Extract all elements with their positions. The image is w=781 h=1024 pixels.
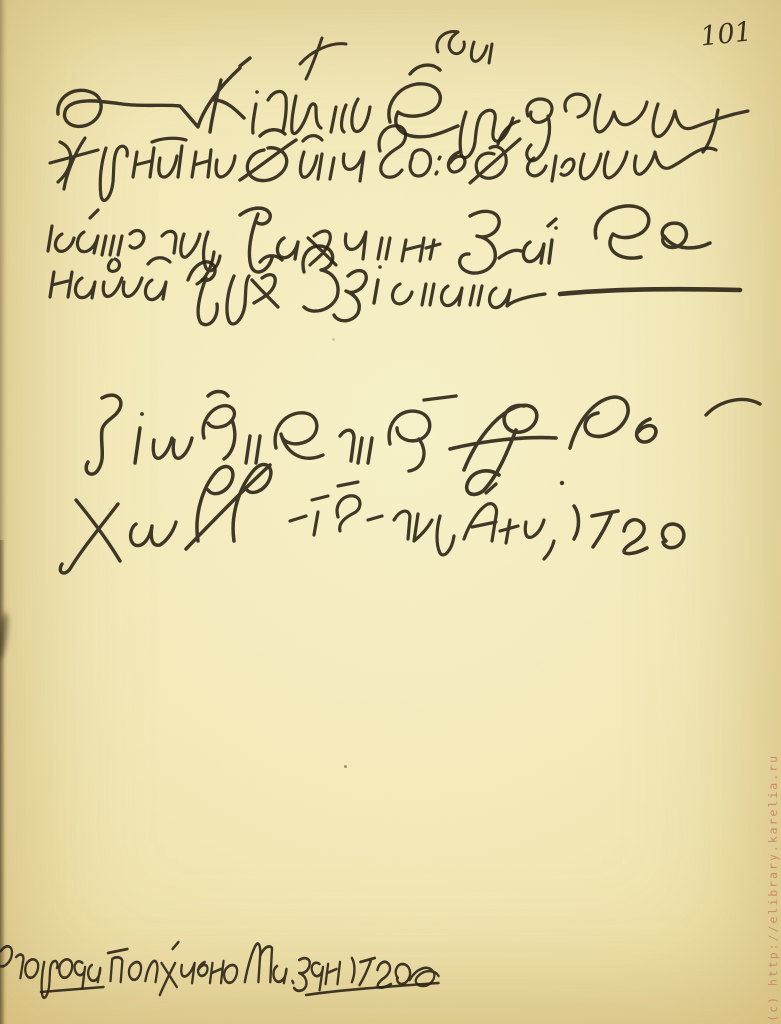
page-number: 101 — [699, 16, 754, 52]
watermark-copyright: (c) http://elibrary.karelia.ru — [766, 754, 780, 1022]
handwriting-layer: 101 — [0, 0, 781, 1024]
manuscript-page: 101 — [0, 0, 781, 1024]
